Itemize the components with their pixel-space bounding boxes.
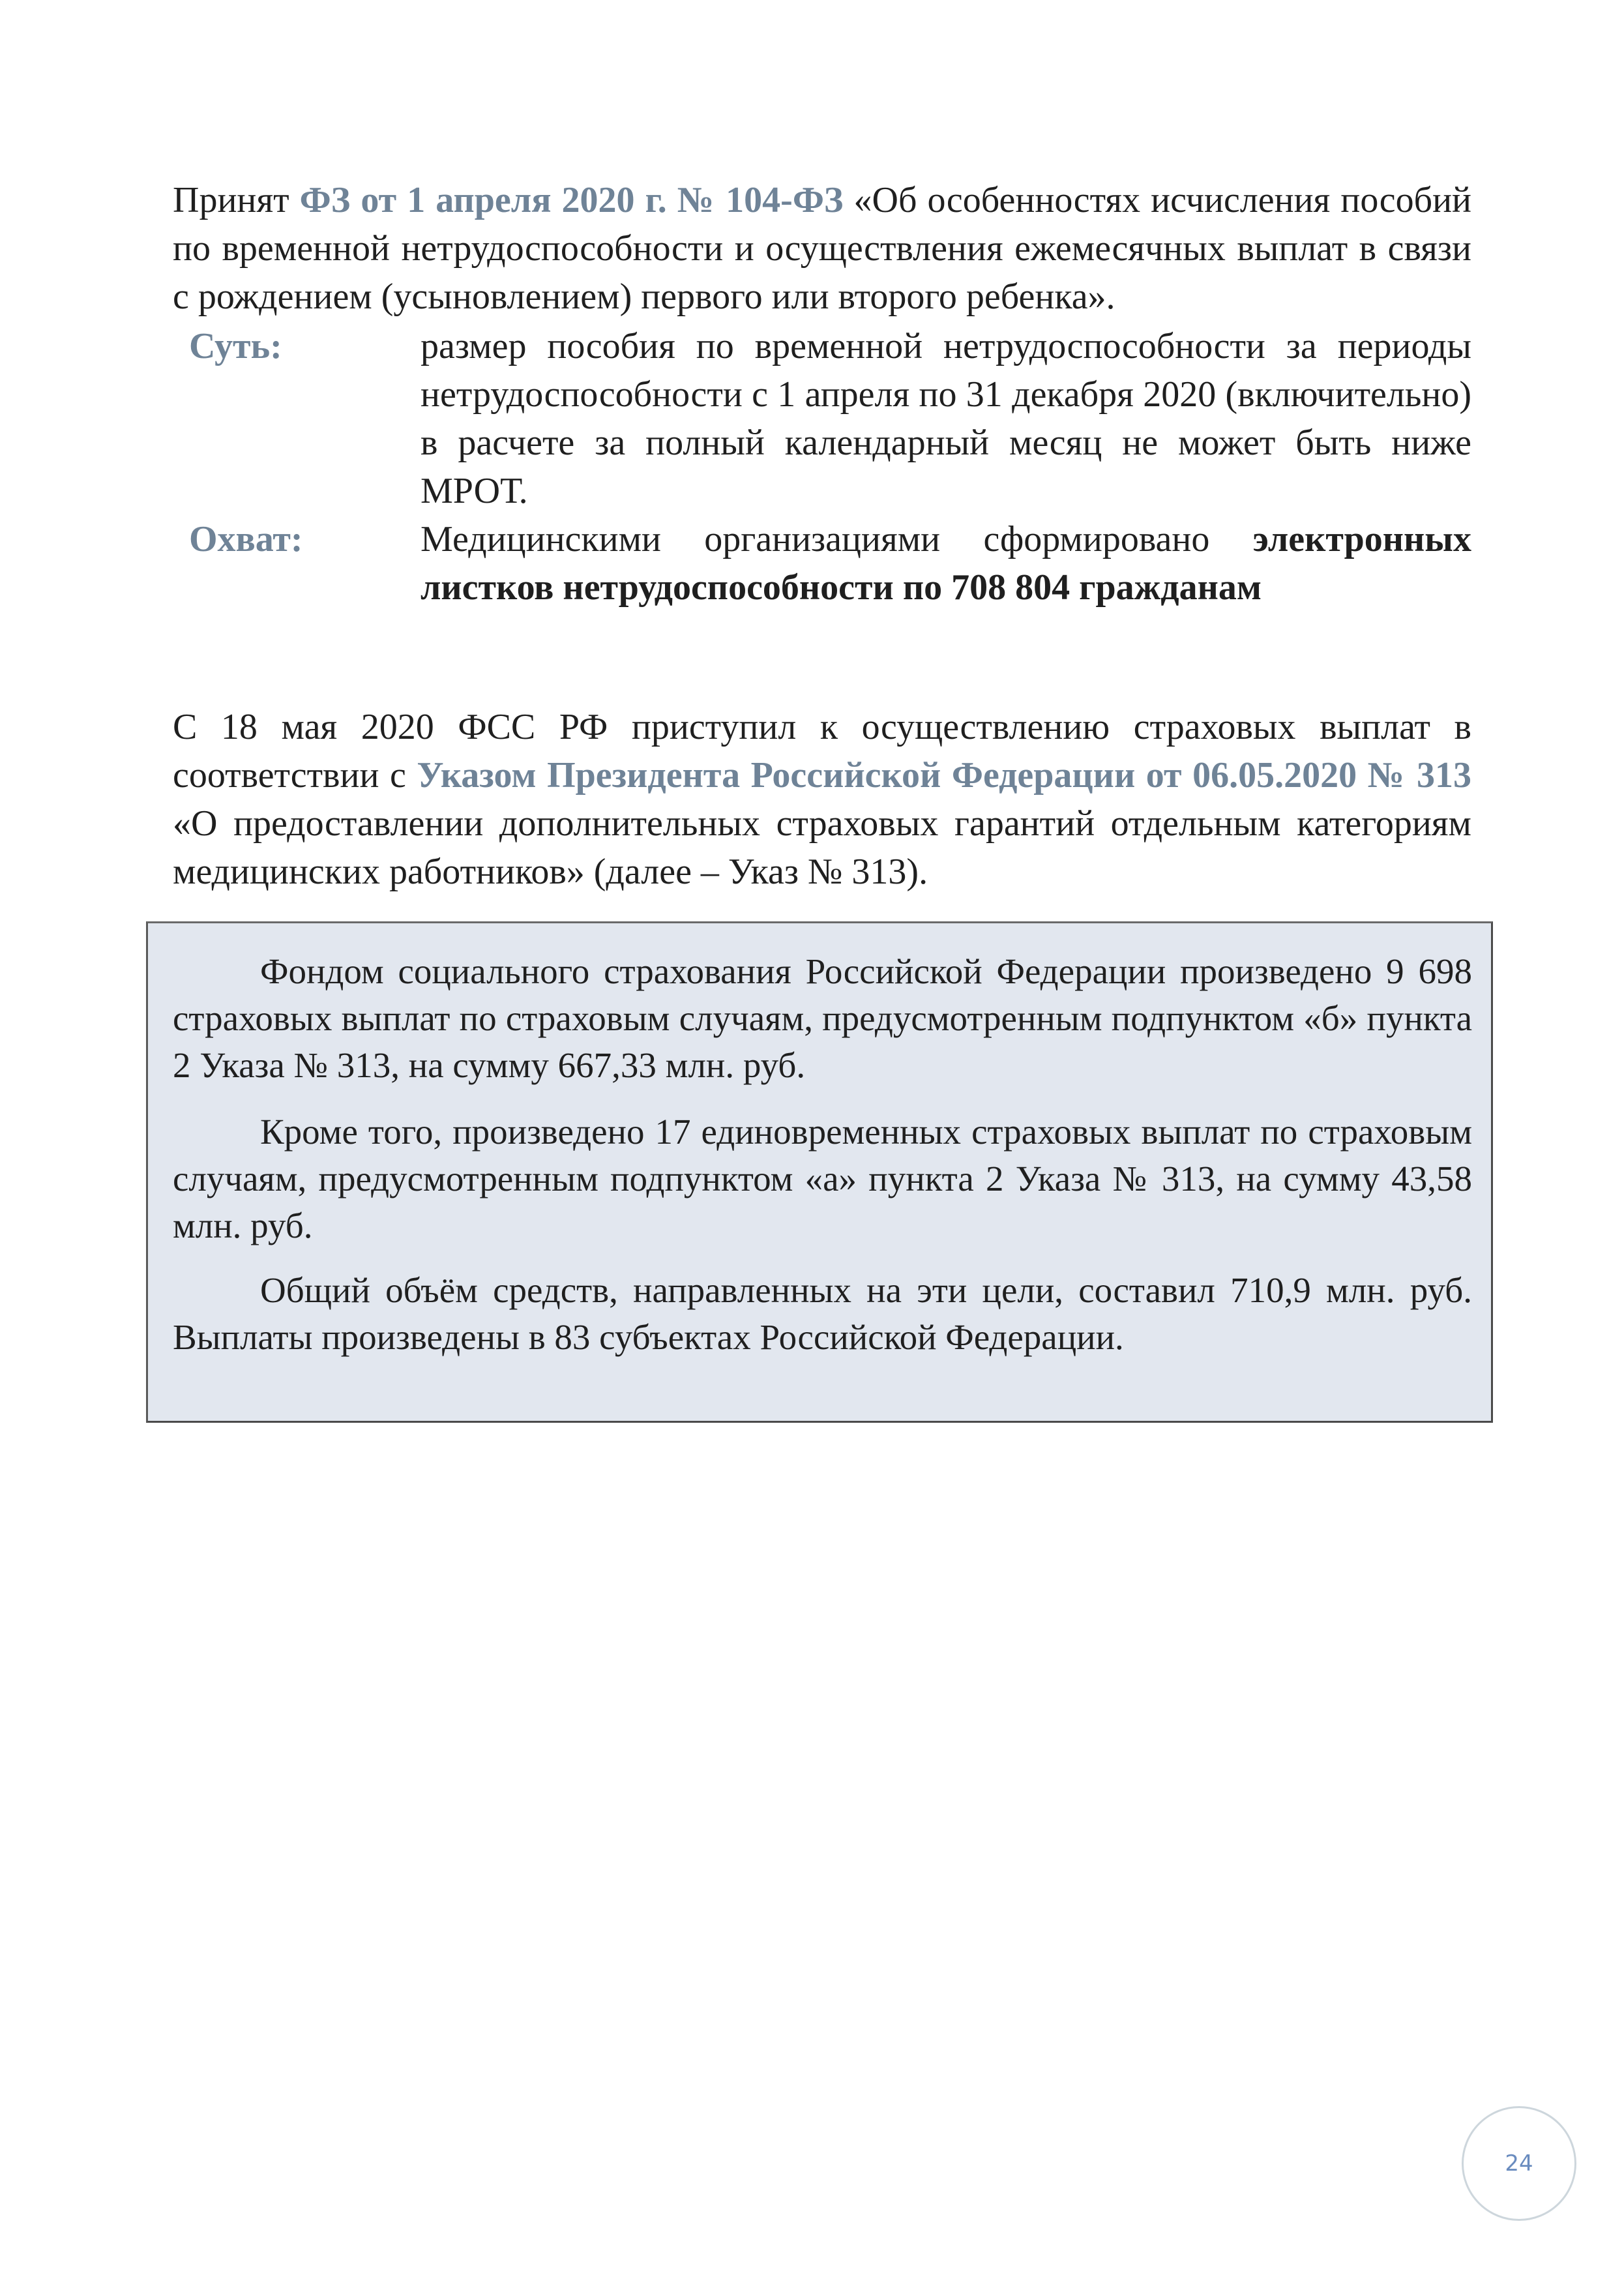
page-number: 24 [1505, 2150, 1533, 2177]
summary-highlight-box: Фондом социального страхования Российско… [146, 921, 1493, 1423]
essence-value: размер пособия по временной нетрудоспосо… [421, 322, 1471, 515]
document-page: Принят ФЗ от 1 апреля 2020 г. № 104-ФЗ «… [0, 0, 1624, 2290]
summary-paragraph: Фондом социального страхования Российско… [173, 948, 1472, 1089]
coverage-value: Медицинскими организациями сформировано … [421, 515, 1471, 612]
coverage-label: Охват: [189, 515, 411, 563]
essence-label: Суть: [189, 322, 411, 370]
decree-reference-link[interactable]: Указом Президента Российской Федерации о… [417, 755, 1471, 796]
summary-paragraph: Общий объём средств, направленных на эти… [173, 1267, 1472, 1361]
law-adoption-paragraph: Принят ФЗ от 1 апреля 2020 г. № 104-ФЗ «… [173, 176, 1471, 321]
law-reference-link[interactable]: ФЗ от 1 апреля 2020 г. № 104-ФЗ [300, 180, 844, 220]
paragraph-prefix: Принят [173, 180, 300, 220]
decree-paragraph: С 18 мая 2020 ФСС РФ приступил к осущест… [173, 703, 1471, 896]
page-number-badge: 24 [1462, 2106, 1576, 2221]
decree-title: «О предоставлении дополнительных страхов… [173, 803, 1471, 892]
summary-paragraph: Кроме того, произведено 17 единовременны… [173, 1108, 1472, 1249]
coverage-value-text: Медицинскими организациями сформировано [421, 519, 1253, 559]
